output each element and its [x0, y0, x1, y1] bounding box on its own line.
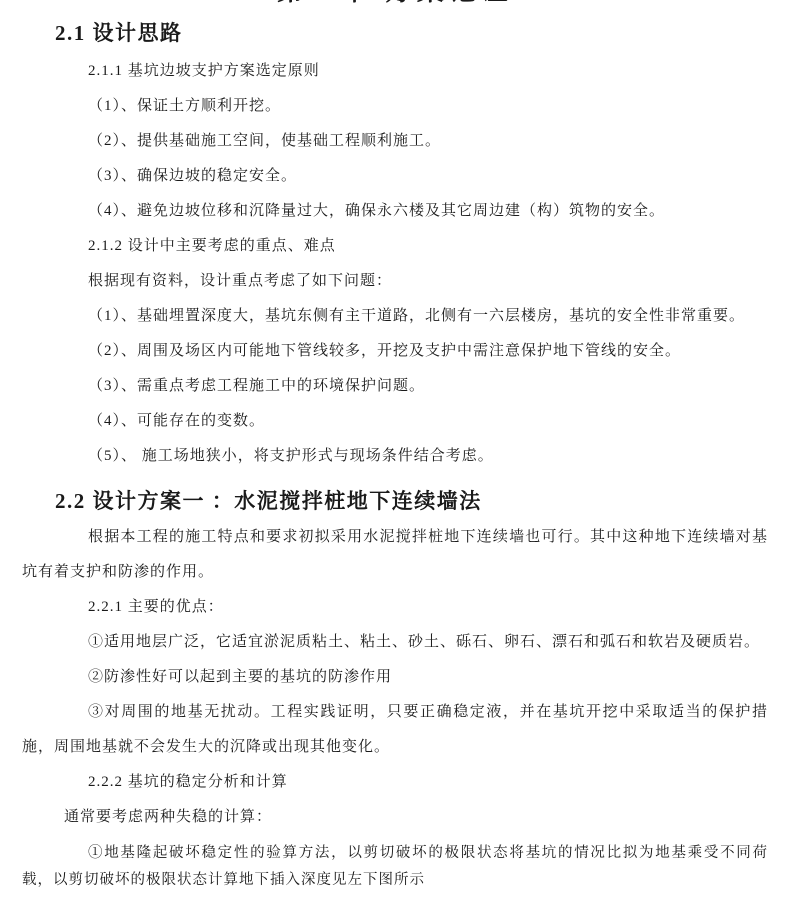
subsection-2-2-2-heading: 2.2.2 基坑的稳定分析和计算 — [88, 765, 768, 800]
principle-item-3: （3）、确保边坡的稳定安全。 — [88, 159, 768, 194]
subsection-2-2-2-intro: 通常要考虑两种失稳的计算： — [64, 800, 768, 835]
subsection-2-1-2-intro: 根据现有资料，设计重点考虑了如下问题： — [88, 264, 768, 299]
section-2-2-heading: 2.2 设计方案一 ：水泥搅拌桩地下连续墙法 — [55, 486, 768, 516]
principle-item-2: （2）、提供基础施工空间，使基础工程顺利施工。 — [88, 124, 768, 159]
advantage-item-3: ③对周围的地基无扰动。工程实践证明，只要正确稳定液，并在基坑开挖中采取适当的保护… — [22, 695, 768, 765]
section-2-1-heading: 2.1 设计思路 — [55, 18, 768, 48]
advantage-item-2: ②防渗性好可以起到主要的基坑的防渗作用 — [22, 660, 768, 695]
document-page: 第二章 方案论证 2.1 设计思路 2.1.1 基坑边坡支护方案选定原则 （1）… — [0, 0, 786, 918]
principle-item-4: （4）、避免边坡位移和沉降量过大，确保永六楼及其它周边建（构）筑物的安全。 — [88, 194, 768, 229]
chapter-title: 第二章 方案论证 — [22, 0, 768, 8]
subsection-2-1-2-heading: 2.1.2 设计中主要考虑的重点、难点 — [88, 229, 768, 264]
key-issue-item-5: （5）、 施工场地狭小，将支护形式与现场条件结合考虑。 — [88, 439, 768, 474]
section-2-2-intro-paragraph: 根据本工程的施工特点和要求初拟采用水泥搅拌桩地下连续墙也可行。其中这种地下连续墙… — [22, 520, 768, 590]
key-issue-item-4: （4）、可能存在的变数。 — [88, 404, 768, 439]
key-issue-item-3: （3）、需重点考虑工程施工中的环境保护问题。 — [88, 369, 768, 404]
advantage-item-1: ①适用地层广泛，它适宜淤泥质粘土、粘土、砂土、砾石、卵石、漂石和弧石和软岩及硬质… — [22, 625, 768, 660]
key-issue-item-1: （1）、基础埋置深度大，基坑东侧有主干道路，北侧有一六层楼房，基坑的安全性非常重… — [88, 299, 768, 334]
stability-calculation-item-1: ①地基隆起破坏稳定性的验算方法，以剪切破坏的极限状态将基坑的情况比拟为地基乘受不… — [22, 840, 768, 894]
subsection-2-1-1-heading: 2.1.1 基坑边坡支护方案选定原则 — [88, 54, 768, 89]
subsection-2-2-1-heading: 2.2.1 主要的优点： — [88, 590, 768, 625]
principle-item-1: （1）、保证土方顺利开挖。 — [88, 89, 768, 124]
key-issue-item-2: （2）、周围及场区内可能地下管线较多，开挖及支护中需注意保护地下管线的安全。 — [88, 334, 768, 369]
chapter-title-clipped-region: 第二章 方案论证 — [22, 0, 768, 9]
